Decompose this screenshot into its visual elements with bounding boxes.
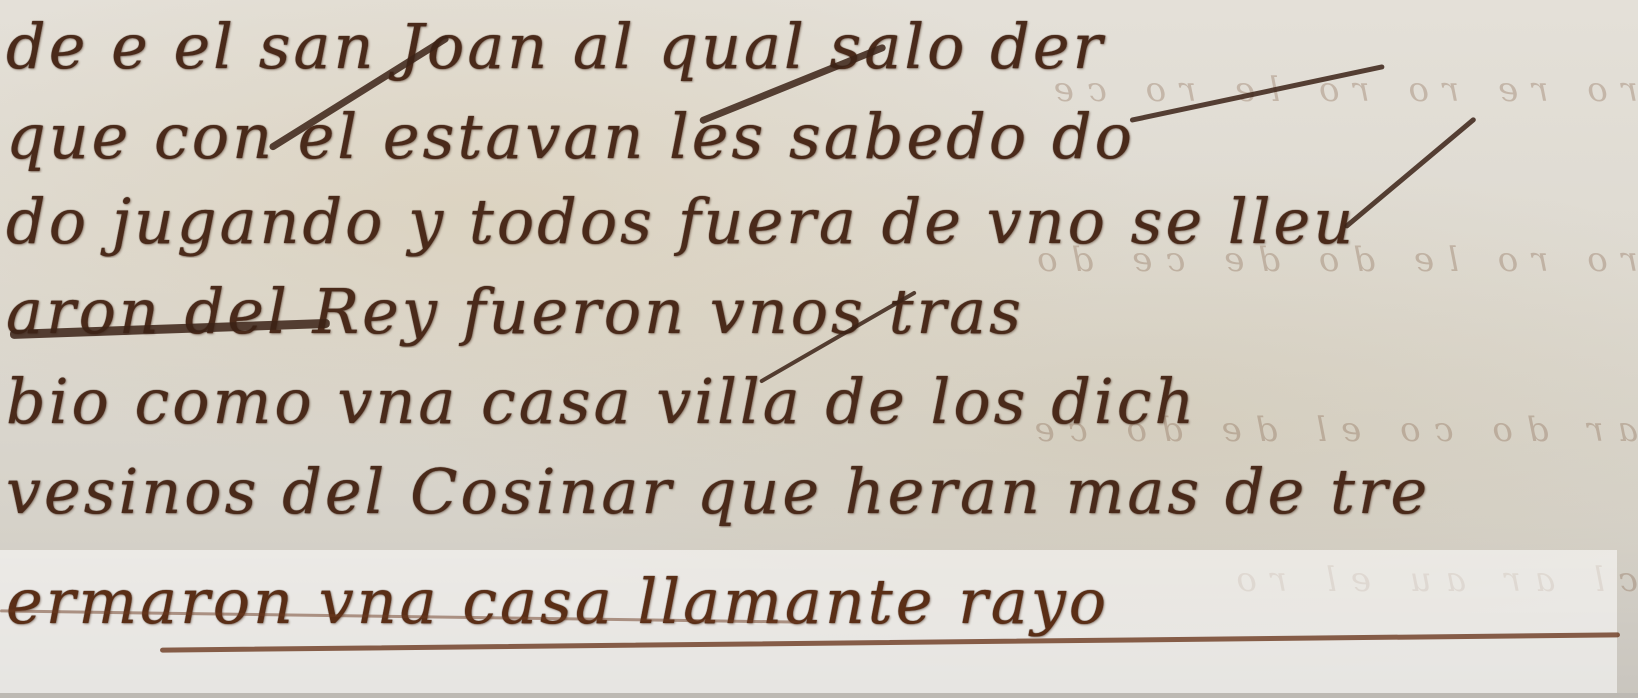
manuscript-line-3: do jugando y todos fuera de vno se lleu [6,185,1638,258]
manuscript-line-4: aron del Rey fueron vnos tras [6,275,1638,348]
manuscript-line-7: ermaron vna casa llamante rayo [6,565,1638,638]
manuscript-line-2: que con el estavan les sabedo do [6,100,1638,173]
manuscript-photo: ro re ro ro le ro ce ro ro le do de ce d… [0,0,1638,698]
manuscript-line-5: bio como vna casa villa de los dich [6,365,1638,438]
manuscript-line-6: vesinos del Cosinar que heran mas de tre [6,455,1638,528]
photo-edge [0,693,1638,698]
